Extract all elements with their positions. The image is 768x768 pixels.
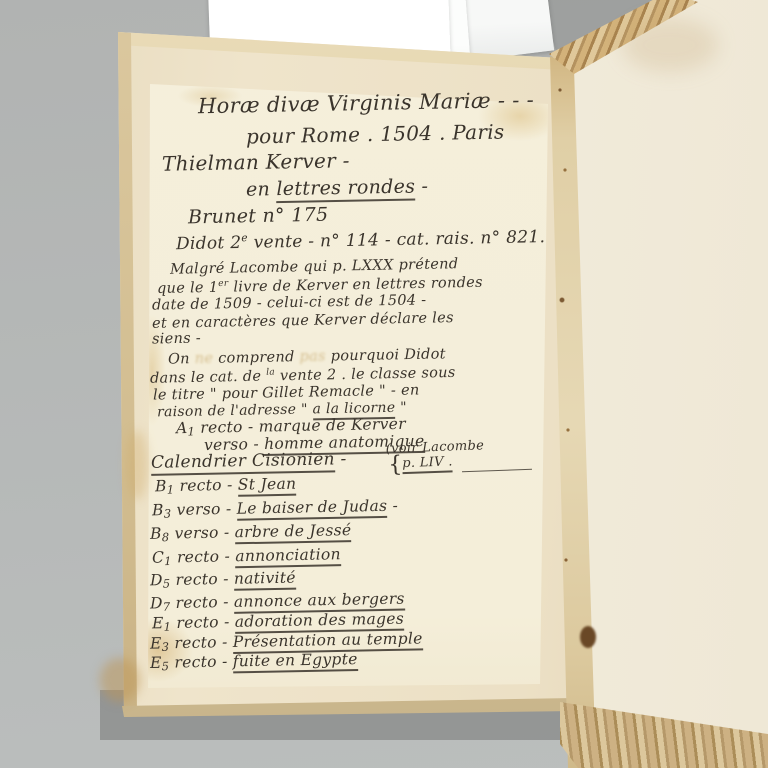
manuscript-text: Horæ divæ Virginis Mariæ - - - pour Rome… <box>0 0 768 768</box>
leaf-row: B8 verso - arbre de Jessé <box>150 522 352 544</box>
manuscript-title-line: Horæ divæ Virginis Mariæ - - - <box>198 89 534 119</box>
manuscript-line: siens - <box>152 332 201 349</box>
leaf-row: C1 recto - annonciation <box>152 546 341 568</box>
calendrier-margin-note: { (voir Lacombe p. LIV . <box>386 439 485 472</box>
leaf-row: E3 recto - Présentation au temple <box>150 630 423 653</box>
manuscript-line: en lettres rondes - <box>246 176 429 200</box>
photo-scene: Horæ divæ Virginis Mariæ - - - pour Rome… <box>0 0 768 768</box>
erasure-smudge: ne <box>195 351 214 367</box>
calendrier-line: Calendrier Cisionien - <box>151 450 347 472</box>
leaf-row: B1 recto - St Jean <box>155 476 297 497</box>
leaf-row: D5 recto - nativité <box>150 570 296 591</box>
manuscript-line: pour Rome . 1504 . Paris <box>246 121 505 148</box>
leaf-row: E5 recto - fuite en Egypte <box>150 651 358 673</box>
erasure-smudge: pas <box>299 349 326 366</box>
brace-glyph: { <box>388 452 403 478</box>
manuscript-line: et en caractères que Kerver déclare les <box>152 311 454 333</box>
manuscript-line: Didot 2e vente - n° 114 - cat. rais. n° … <box>176 227 546 253</box>
manuscript-line: Thielman Kerver - <box>162 149 350 175</box>
manuscript-line: Brunet n° 175 <box>188 205 329 229</box>
leaf-row: B3 verso - Le baiser de Judas - <box>152 498 398 521</box>
